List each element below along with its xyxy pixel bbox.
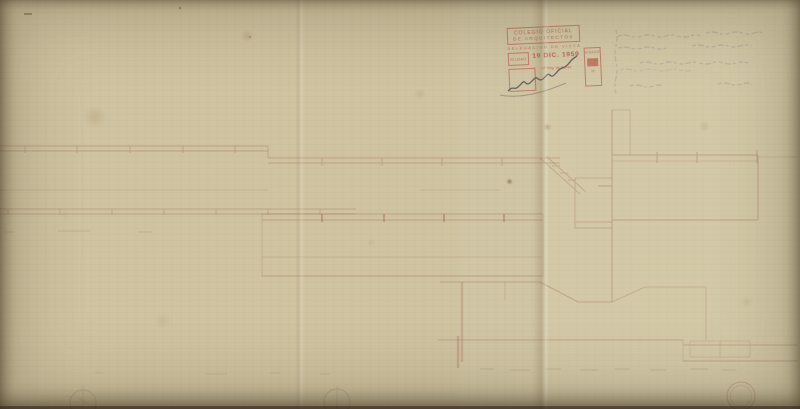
stair-section [540,156,612,228]
fold-crease-left [295,0,304,409]
pencil-linework [0,0,800,409]
middle-roof-band [268,146,560,166]
scanned-architectural-drawing: COLEGIO OFICIAL DE ARQUITECTOS DELEGACIO… [0,0,800,409]
paper-specks [24,7,251,39]
middle-floor-band [262,214,543,277]
stamp-side-number: Nº [585,69,600,74]
stamp-side-box: VISADO Nº [584,47,603,87]
stamp-ink-blob [587,58,598,66]
right-block [598,110,797,302]
stamp-side-label: VISADO [585,50,600,55]
section-bubble-1 [70,386,96,409]
stamp-city-box: BILBAO [508,52,530,66]
bottom-band [438,340,798,361]
section-bubble-3 [727,382,755,409]
left-roof-band [0,146,268,153]
section-bubble-2 [324,386,350,409]
middle-posts [322,214,504,222]
pencil-title-block-text [615,30,762,94]
lower-step-section [440,282,706,340]
approval-stamp: COLEGIO OFICIAL DE ARQUITECTOS DELEGACIO… [503,22,604,96]
fold-crease-center [532,0,549,409]
